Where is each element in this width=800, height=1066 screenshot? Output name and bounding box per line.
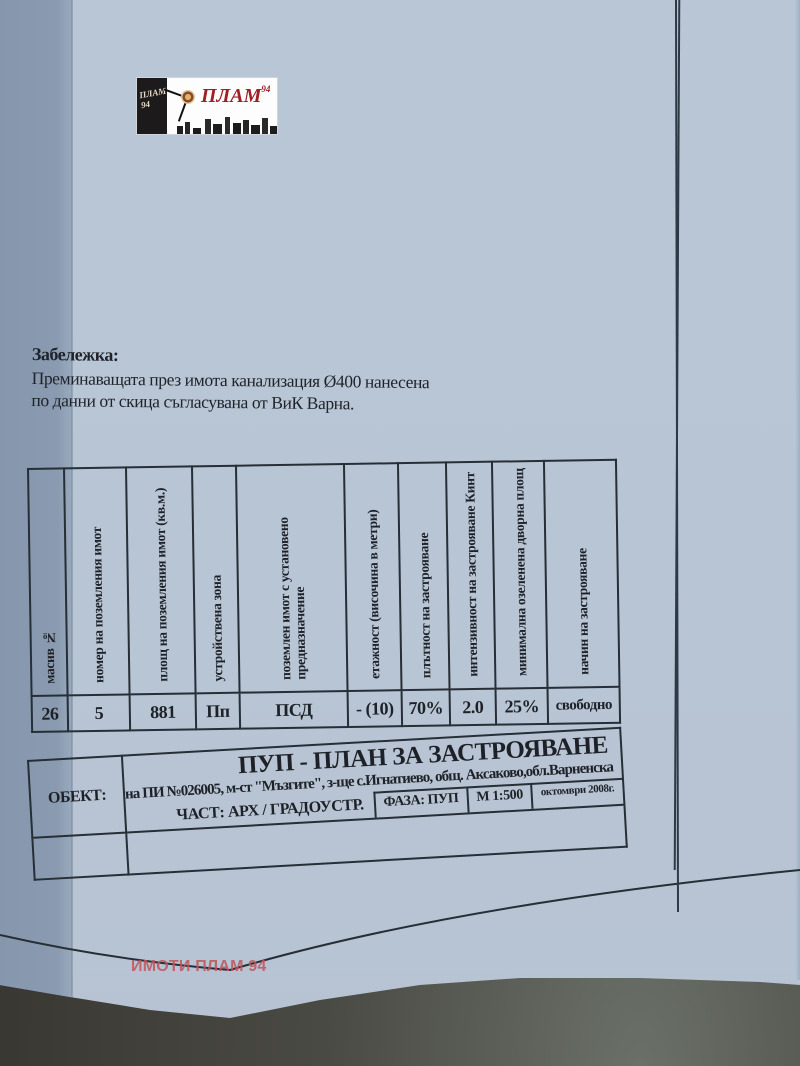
header-text: етажност (височина в метри) [364, 503, 382, 685]
header-text: устройствена зона [208, 568, 225, 687]
document-page: ПЛАМ 94 ПЛАМ94 Забележка: Преминаващата … [0, 0, 800, 1066]
header-cell: етажност (височина в метри) [344, 463, 402, 691]
date-field: октомври 2008г. [530, 778, 623, 809]
cell-block-number: 26 [32, 695, 69, 732]
header-cell: начин на застрояване [544, 460, 620, 688]
header-cell: номер на поземления имот [64, 467, 130, 695]
header-text: начин на застрояване [574, 543, 591, 682]
cell-building-mode: свободно [548, 687, 621, 724]
header-text: масив № [41, 624, 57, 689]
company-logo: ПЛАМ 94 ПЛАМ94 [136, 77, 278, 135]
cell-plot-number: 5 [68, 694, 131, 731]
cell-green-area: 25% [496, 688, 549, 725]
object-label: ОБЕКТ: [48, 786, 107, 806]
header-cell: устройствена зона [192, 466, 240, 694]
title-block-wrapper: ОБЕКТ: ПУП - ПЛАН ЗА ЗАСТРОЯВАНЕ на ПИ №… [27, 727, 628, 881]
drawing-frame-right-border [674, 0, 681, 870]
logo-brand-number: 94 [261, 84, 270, 94]
table-header-row: масив № номер на поземления имот площ на… [28, 460, 619, 696]
logo-brand-text: ПЛАМ94 [201, 84, 270, 108]
header-text: интензивност на застрояване Кинт [462, 466, 480, 683]
cell-zone: Пп [196, 693, 241, 730]
header-cell: минимална озеленена дворна площ [492, 461, 548, 689]
emblem-icon [181, 90, 195, 104]
note-line: по данни от скица съгласувана от ВиК Вар… [31, 389, 511, 416]
object-label-cell: ОБЕКТ: [28, 756, 126, 838]
header-text: плътност на застрояване [415, 526, 432, 684]
cell-density: 70% [402, 689, 451, 726]
parameters-table-wrapper: масив № номер на поземления имот площ на… [27, 459, 621, 733]
cell-designation: ПСД [240, 691, 349, 729]
header-cell: площ на поземления имот (кв.м.) [126, 466, 196, 694]
header-text: поземлен имот с установено предназначени… [275, 466, 308, 686]
cell-plot-area: 881 [130, 693, 197, 730]
logo-brand-name: ПЛАМ [201, 85, 261, 107]
note-block: Забележка: Преминаващата през имота кана… [31, 344, 512, 416]
empty-cell [32, 833, 128, 880]
header-text: номер на поземления имот [88, 521, 106, 689]
header-cell: плътност на застрояване [398, 462, 450, 690]
city-skyline-icon [167, 116, 277, 134]
header-cell: масив № [28, 468, 68, 696]
parameters-table: масив № номер на поземления имот площ на… [27, 459, 621, 733]
header-text: минимална озеленена дворна площ [510, 462, 528, 682]
paper-right-edge [795, 0, 800, 980]
note-title: Забележка: [32, 344, 512, 370]
watermark: ИМОТИ ПЛАМ 94 [131, 958, 266, 976]
header-text: площ на поземления имот (кв.м.) [152, 482, 170, 688]
cell-intensity: 2.0 [450, 689, 497, 726]
phase-field: ФАЗА: ПУП [373, 787, 467, 818]
title-block: ОБЕКТ: ПУП - ПЛАН ЗА ЗАСТРОЯВАНЕ на ПИ №… [27, 727, 628, 881]
cell-height: - (10) [348, 690, 403, 727]
scale-field: М 1:500 [466, 783, 532, 813]
header-cell: поземлен имот с установено предназначени… [236, 464, 348, 693]
header-cell: интензивност на застрояване Кинт [446, 462, 496, 690]
